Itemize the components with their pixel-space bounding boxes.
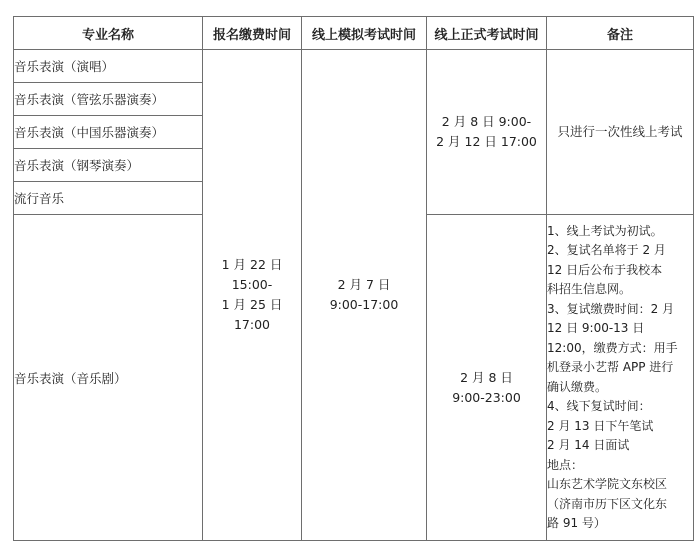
table-row: 音乐表演（演唱） 1 月 22 日 15:00- 1 月 25 日 17:00 … xyxy=(14,50,694,83)
major-name: 流行音乐 xyxy=(14,182,203,215)
note-cell-group1: 只进行一次性线上考试 xyxy=(547,50,694,215)
registration-time-cell: 1 月 22 日 15:00- 1 月 25 日 17:00 xyxy=(203,50,302,541)
formal-exam-time-cell-group2: 2 月 8 日 9:00-23:00 xyxy=(427,215,547,541)
header-formal-exam-time: 线上正式考试时间 xyxy=(427,17,547,50)
major-name: 音乐表演（钢琴演奏） xyxy=(14,149,203,182)
header-row: 专业名称 报名缴费时间 线上模拟考试时间 线上正式考试时间 备注 xyxy=(14,17,694,50)
major-name: 音乐表演（演唱） xyxy=(14,50,203,83)
header-registration-time: 报名缴费时间 xyxy=(203,17,302,50)
major-name: 音乐表演（管弦乐器演奏） xyxy=(14,83,203,116)
header-notes: 备注 xyxy=(547,17,694,50)
header-major: 专业名称 xyxy=(14,17,203,50)
mock-exam-time-cell: 2 月 7 日 9:00-17:00 xyxy=(302,50,427,541)
note-cell-group2: 1、线上考试为初试。 2、复试名单将于 2 月 12 日后公布于我校本 科招生信… xyxy=(547,215,694,541)
major-name: 音乐表演（中国乐器演奏） xyxy=(14,116,203,149)
major-name: 音乐表演（音乐剧） xyxy=(14,215,203,541)
formal-exam-time-cell-group1: 2 月 8 日 9:00- 2 月 12 日 17:00 xyxy=(427,50,547,215)
header-mock-exam-time: 线上模拟考试时间 xyxy=(302,17,427,50)
exam-schedule-table: 专业名称 报名缴费时间 线上模拟考试时间 线上正式考试时间 备注 音乐表演（演唱… xyxy=(13,16,694,541)
